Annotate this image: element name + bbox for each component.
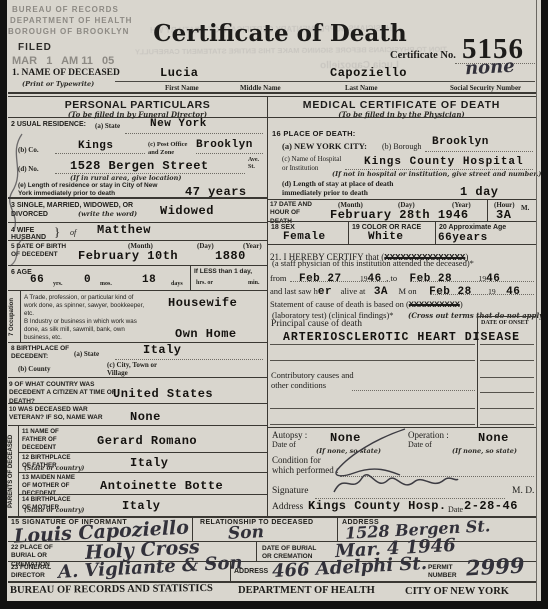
age-days-caption: days	[171, 281, 183, 287]
principal-cause-value: ARTERIOSCLEROTIC HEART DISEASE	[283, 331, 520, 344]
date-of-onset-label: DATE OF ONSET	[481, 320, 529, 326]
residence-label: 2 USUAL RESIDENCE:	[11, 120, 86, 129]
place-of-death-label: 16 PLACE OF DEATH:	[272, 129, 356, 138]
citizenship-value: United States	[113, 387, 213, 401]
approx-age-value: 66years	[438, 232, 488, 244]
condition-label-line1: Condition for	[272, 455, 321, 465]
birthplace-state-label: (a) State	[74, 350, 99, 358]
first-name-caption: First Name	[165, 84, 199, 92]
last-name-value: Capoziello	[330, 66, 407, 80]
mother-name-value: Antoinette Botte	[100, 479, 223, 493]
father-name-label: 11 NAME OF FATHER OF DECEDENT	[22, 428, 77, 452]
medical-section-subtitle: (To be filled in by the Physician)	[267, 110, 536, 119]
marital-hint: (write the word)	[78, 210, 137, 218]
residence-state-label: (a) State	[95, 122, 120, 130]
death-certificate-scan: PHYSICIANS SUPPLEMENTARY CERTIFICATE OF …	[0, 0, 548, 609]
place-nyc-label: (a) NEW YORK CITY:	[282, 141, 367, 151]
spouse-value: Matthew	[97, 223, 151, 237]
spouse-brace: }	[54, 224, 60, 240]
certificate-title: Certificate of Death	[140, 20, 420, 47]
scan-edge-bottom	[0, 601, 548, 609]
place-stay-value: 1 day	[460, 185, 499, 199]
last-saw-year: 46	[506, 286, 520, 298]
occupation-side-label: 7 Occupation	[9, 293, 17, 341]
director-address-label: ADDRESS	[234, 567, 268, 576]
sex-value: Female	[283, 231, 326, 243]
operation-value: None	[478, 431, 509, 445]
place-hospital-value: Kings County Hospital	[364, 156, 524, 168]
md-label: M. D.	[512, 486, 534, 496]
age-years-value: 66	[30, 274, 44, 286]
veteran-value: None	[130, 410, 161, 424]
scan-edge-right	[541, 0, 548, 609]
contributory-label: Contributory causes and other conditions	[271, 370, 363, 390]
father-name-value: Gerard Romano	[97, 434, 197, 448]
ssn-caption: Social Security Number	[450, 84, 521, 92]
birthplace-city-label: (c) City, Town or Village	[107, 361, 169, 378]
funeral-director-label: 23 FUNERAL DIRECTOR	[11, 564, 57, 581]
place-borough-label: (b) Borough	[382, 142, 421, 151]
ssn-value-handwritten: none	[464, 56, 515, 80]
age-days-value: 18	[142, 274, 156, 286]
occupation-industry-value: Own Home	[175, 327, 237, 341]
scan-edge-left	[0, 0, 7, 609]
birthplace-county-label: (b) County	[18, 365, 50, 373]
physician-signature-scribble	[330, 468, 460, 498]
birth-day-caption: (Day)	[197, 242, 214, 250]
age-months-value: 0	[84, 274, 91, 286]
residence-rural-hint: (If in rural area, give location)	[70, 174, 181, 182]
footer-department: DEPARTMENT OF HEALTH	[238, 585, 375, 596]
age-less-than-label: If LESS than 1 day,	[194, 268, 252, 276]
occupation-industry-label: B Industry or business in which work was…	[24, 318, 150, 342]
filed-label: FILED	[18, 42, 52, 53]
veteran-label: 10 WAS DECEASED WAR VETERAN? IF SO, NAME…	[9, 406, 117, 423]
age-years-caption: yrs.	[53, 281, 63, 287]
age-hrs-caption: hrs. or	[196, 280, 213, 286]
death-hour-m-caption: M.	[521, 204, 529, 212]
parents-side-label: PARENTS OF DECEASED	[8, 428, 16, 514]
first-name-value: Lucia	[160, 66, 199, 80]
marital-value: Widowed	[160, 204, 214, 218]
race-value: White	[368, 231, 404, 243]
operation-hint: (If none, so state)	[452, 447, 517, 455]
name-of-deceased-label: 1. NAME OF DECEASED	[12, 68, 120, 78]
autopsy-label: Autopsy :	[272, 430, 307, 440]
residence-po-label: (c) Post Office and Zone	[148, 141, 196, 157]
death-hour-value: 3A	[496, 208, 511, 222]
certificate-no-label: Certificate No.	[390, 50, 456, 61]
footer-city: CITY OF NEW YORK	[405, 586, 509, 597]
father-birthplace-value: Italy	[130, 456, 169, 470]
age-months-caption: mos.	[100, 281, 112, 287]
middle-name-caption: Middle Name	[240, 84, 281, 92]
principal-cause-label: Principal cause of death	[271, 319, 362, 329]
autopsy-date-of-label: Date of	[272, 440, 296, 449]
certify-line-2: (a staff physician of this institution a…	[272, 258, 474, 268]
permit-number-label: PERMIT NUMBER	[428, 564, 466, 581]
residence-avest-caption: Ave. St.	[248, 157, 262, 171]
physician-address-label: Address	[272, 502, 303, 512]
received-stamp-line: BOROUGH OF BROOKLYN	[8, 27, 129, 37]
received-stamp-line: BUREAU OF RECORDS	[12, 5, 119, 15]
age-min-caption: min.	[248, 280, 260, 286]
last-name-caption: Last Name	[345, 84, 377, 92]
approx-age-label: 20 Approximate Age	[439, 223, 506, 232]
place-stay-label: (d) Length of stay at place of death imm…	[282, 179, 427, 198]
birth-year-value: 1880	[215, 249, 246, 263]
name-hint: (Print or Typewrite)	[22, 80, 94, 88]
spouse-of-label: of	[70, 228, 76, 237]
occupation-trade-value: Housewife	[168, 296, 237, 310]
received-stamp-line: DEPARTMENT OF HEALTH	[10, 16, 132, 26]
residence-county-value: Kings	[78, 140, 114, 152]
footer-bureau: BUREAU OF RECORDS AND STATISTICS	[10, 583, 213, 596]
date-received-stamp: MAR 1 AM 11 05	[12, 55, 114, 67]
personal-section-subtitle: (To be filled in by Funeral Director)	[8, 110, 267, 119]
physician-signature-label: Signature	[272, 486, 308, 496]
father-birthplace-hint: (State or country)	[24, 465, 84, 472]
mother-birthplace-hint: (State or country)	[24, 507, 84, 514]
physician-date-value: 2-28-46	[464, 499, 518, 513]
physician-address-value: Kings County Hosp.	[308, 499, 447, 513]
occupation-trade-label: A Trade, profession, or particular kind …	[24, 294, 146, 318]
birthplace-value: Italy	[143, 343, 182, 357]
place-borough-value: Brooklyn	[432, 136, 489, 148]
death-date-value: February 28th 1946	[330, 208, 469, 222]
mother-birthplace-value: Italy	[122, 499, 161, 513]
birthplace-label: 8 BIRTHPLACE OF DECEDENT:	[11, 345, 73, 362]
residence-street-value: 1528 Bergen Street	[70, 159, 209, 173]
birth-month-day-value: February 10th	[78, 249, 178, 263]
physician-date-label: Date	[448, 505, 463, 514]
place-hospital-hint: (If not in hospital or institution, give…	[332, 170, 542, 178]
residence-state-value: New York	[150, 118, 207, 130]
residence-po-value: Brooklyn	[196, 139, 253, 151]
permit-number-value: 2999	[465, 552, 525, 580]
